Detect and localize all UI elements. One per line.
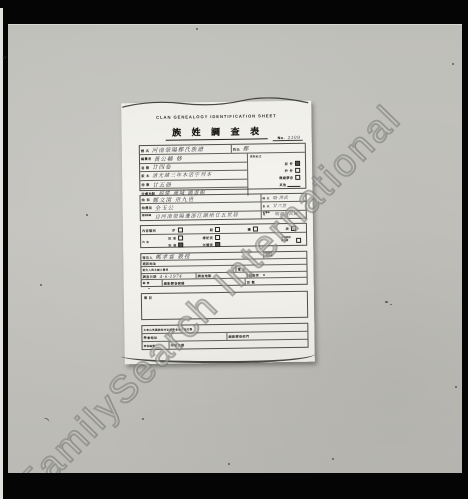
option-label-copy: 抄 件 — [284, 168, 294, 173]
field-label: 時 代 — [261, 196, 270, 200]
field-label: 版 本 — [140, 173, 150, 178]
handwritten-value: 4-6-1974 — [160, 273, 183, 279]
dust-speck — [332, 458, 334, 460]
section-genealogy-identity: 譜 名 河南滎陽鄭氏族譜 姓氏 鄭 編纂者 黃公輔 修 卷 數 — [139, 143, 307, 191]
option-label-other: 其他 — [278, 182, 287, 187]
handwritten-value: 鄭 — [243, 145, 250, 153]
dust-speck — [142, 418, 144, 420]
handwritten-value: 黃公輔 修 — [154, 154, 183, 163]
field-label: 世 代 — [262, 204, 271, 208]
serial-label: No. — [276, 136, 286, 140]
checkbox-original — [295, 161, 300, 166]
field-label: 編 號 — [142, 281, 151, 285]
content-checkbox — [178, 235, 183, 240]
option-label-original: 原 件 — [284, 161, 294, 166]
dust-speck — [86, 214, 88, 216]
field-label: 譜 名 — [140, 147, 150, 152]
handwritten-value: 廿五冊 — [153, 180, 173, 188]
field-label: 遷徙路線 — [141, 215, 153, 218]
paper-fold-line — [120, 97, 312, 110]
film-edge-strip — [0, 8, 3, 499]
field-label: 內 容 — [141, 240, 159, 244]
field-label: 縮影膠卷號碼 — [163, 280, 186, 285]
dust-speck — [452, 63, 454, 65]
option-label-microfilm: 微縮膠卷 — [278, 175, 294, 180]
dust-speck — [228, 463, 230, 465]
form-title-chinese: 族 姓 調 查 表 — [166, 124, 267, 140]
handwritten-value: 自河南滎陽遷浙江湖州廿五世居 — [155, 211, 239, 220]
dust-speck — [390, 304, 392, 305]
field-label: 編纂者 — [140, 156, 153, 161]
field-label: 始 祖 — [141, 197, 151, 202]
content-checkbox — [215, 226, 220, 231]
handwritten-value: 河南滎陽鄭氏族譜 — [152, 145, 204, 154]
option-label: 跋 — [209, 227, 215, 232]
format-box-header: 資料形式 — [249, 154, 263, 158]
scratch-mark — [42, 417, 50, 424]
handwritten-value: 全玉公 — [155, 204, 175, 212]
checkbox-copy — [295, 168, 300, 173]
field-label: 始遷祖 — [141, 205, 154, 210]
field-label: 縮影膠卷部門 — [227, 334, 250, 339]
film-frame-number: 17 — [2, 55, 6, 60]
field-label: 冊 數 — [140, 182, 150, 187]
option-label: 年譜表 — [202, 242, 215, 247]
handwritten-value: 鄭孝睿 教授 — [156, 252, 191, 260]
field-label: 報告人 — [141, 254, 154, 259]
option-label: 傳記表 — [201, 235, 214, 240]
handwritten-value: 鄭文清 卅九世 — [153, 195, 195, 204]
serial-value: 2109 — [288, 135, 301, 140]
microfilm-scan: { "watermark": { "text": "FamilySearch I… — [0, 0, 468, 499]
handwritten-value: 廿四卷 — [152, 163, 172, 171]
serial-number: No. 2109 — [272, 135, 302, 141]
field-label: 姓氏 — [232, 146, 241, 151]
content-checkbox — [215, 235, 220, 240]
dust-speck — [455, 386, 457, 388]
option-label: 世 系 — [167, 236, 177, 241]
content-checkbox — [215, 242, 220, 247]
option-label: 世 表 — [167, 243, 177, 248]
content-checkbox — [177, 227, 182, 232]
dust-speck — [385, 301, 388, 303]
field-label: 卷 數 — [140, 165, 150, 170]
dust-speck — [196, 28, 198, 30]
field-label: 報告人與本譜之關係 — [141, 268, 169, 272]
option-label: 序 — [171, 227, 177, 232]
field-label: 內容類別 — [141, 227, 167, 232]
form-title-english: CLAN GENEALOGY IDENTIFICATION SHEET — [121, 113, 311, 121]
microfilm-frame: CLAN GENEALOGY IDENTIFICATION SHEET 族 姓 … — [8, 24, 462, 473]
dust-speck — [148, 288, 150, 289]
dust-speck — [40, 284, 42, 286]
content-checkbox — [179, 242, 184, 247]
